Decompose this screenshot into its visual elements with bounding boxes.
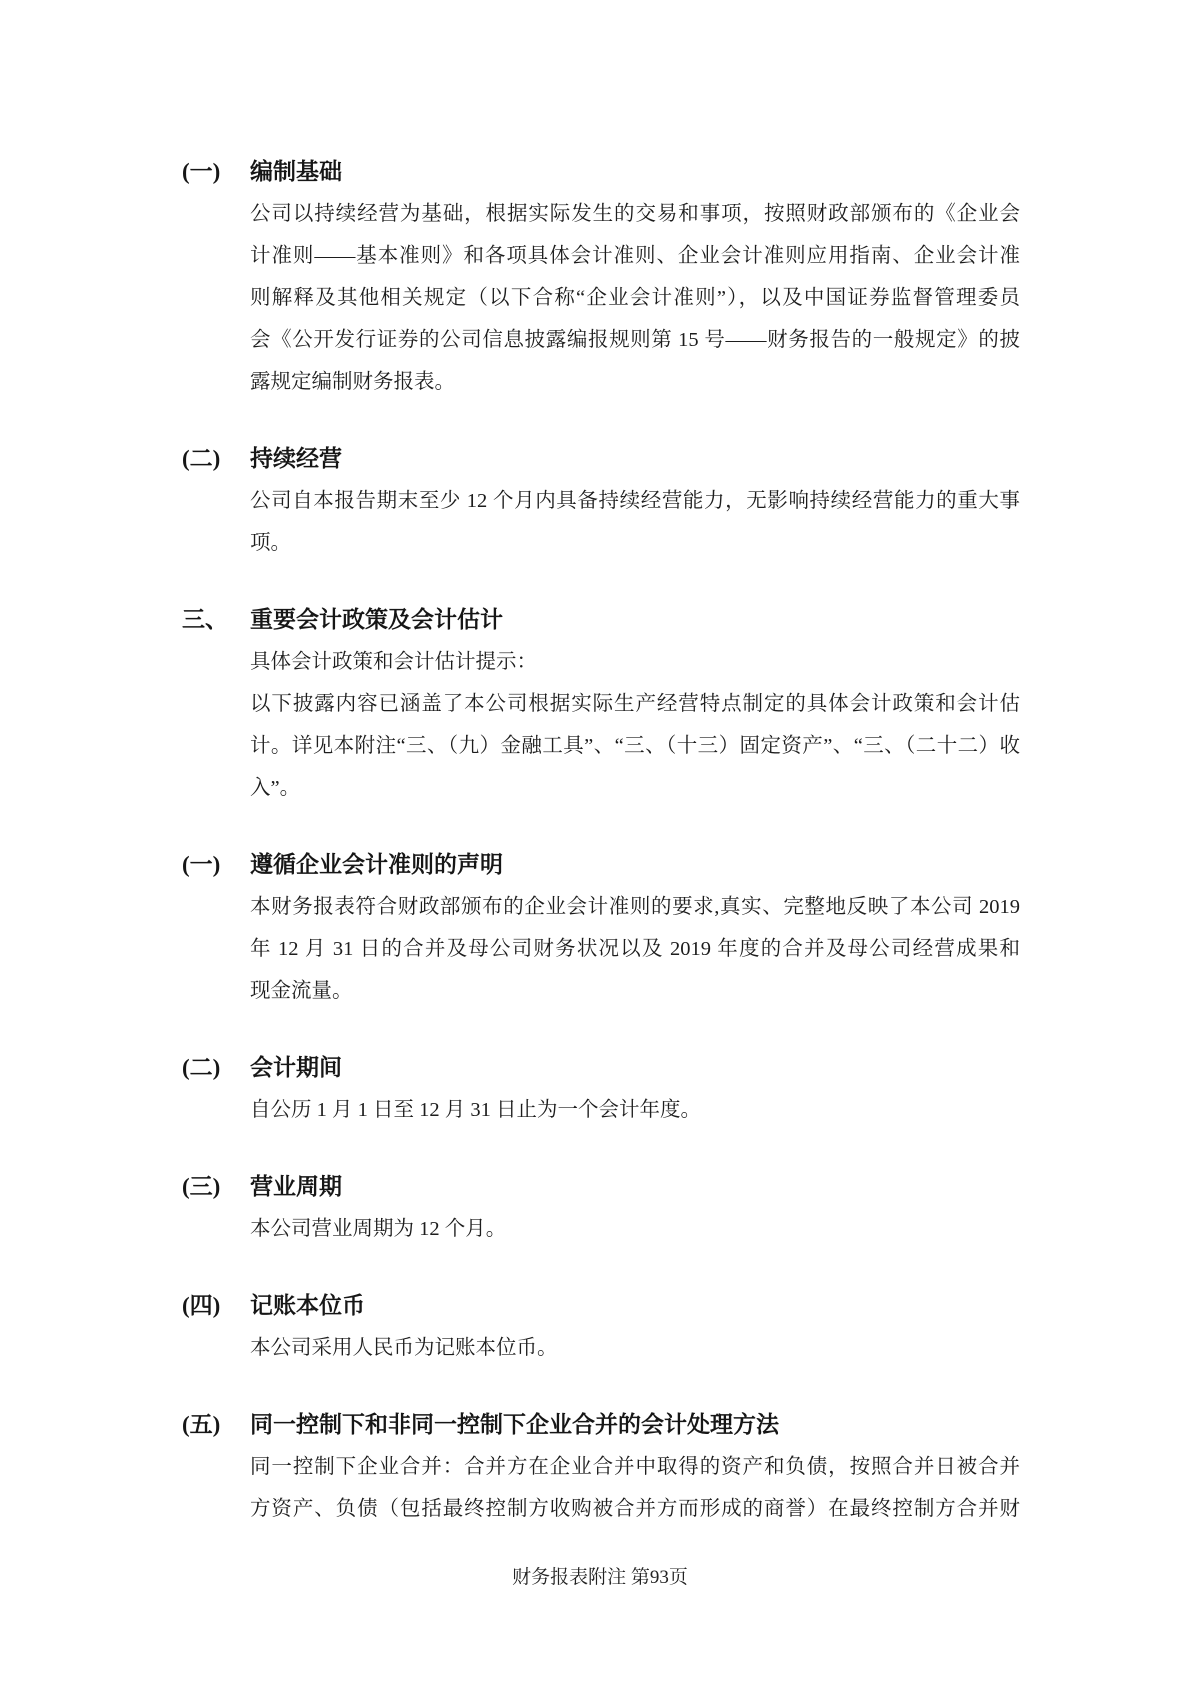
section-number: (一) [182,844,250,886]
paragraph-line: 同一控制下企业合并：合并方在企业合并中取得的资产和负债，按照合并日被合并 [250,1446,1020,1488]
section-content: 持续经营公司自本报告期末至少 12 个月内具备持续经营能力，无影响持续经营能力的… [250,438,1020,564]
paragraph-line: 计。详见本附注“三、（九）金融工具”、“三、（十三）固定资产”、“三、（二十二）… [250,725,1020,767]
paragraph-line: 本公司营业周期为 12 个月。 [250,1208,1020,1250]
paragraph-line: 入”。 [250,767,1020,809]
paragraph-line: 露规定编制财务报表。 [250,361,1020,403]
sections-container: (一)编制基础公司以持续经营为基础，根据实际发生的交易和事项，按照财政部颁布的《… [182,151,1020,1530]
paragraph-line: 方资产、负债（包括最终控制方收购被合并方而形成的商誉）在最终控制方合并财 [250,1488,1020,1530]
paragraph-line: 则解释及其他相关规定（以下合称“企业会计准则”），以及中国证券监督管理委员 [250,277,1020,319]
section-title: 营业周期 [250,1166,1020,1208]
paragraph-line: 项。 [250,522,1020,564]
section-title: 重要会计政策及会计估计 [250,599,1020,641]
section-number: (三) [182,1166,250,1208]
section-content: 重要会计政策及会计估计具体会计政策和会计估计提示：以下披露内容已涵盖了本公司根据… [250,599,1020,809]
paragraph-line: 计准则——基本准则》和各项具体会计准则、企业会计准则应用指南、企业会计准 [250,235,1020,277]
section-title: 遵循企业会计准则的声明 [250,844,1020,886]
section-title: 同一控制下和非同一控制下企业合并的会计处理方法 [250,1404,1020,1446]
section-number: (二) [182,1047,250,1089]
section-title: 记账本位币 [250,1285,1020,1327]
document-section: (三)营业周期本公司营业周期为 12 个月。 [182,1166,1020,1250]
section-title: 编制基础 [250,151,1020,193]
section-content: 编制基础公司以持续经营为基础，根据实际发生的交易和事项，按照财政部颁布的《企业会… [250,151,1020,403]
section-content: 同一控制下和非同一控制下企业合并的会计处理方法同一控制下企业合并：合并方在企业合… [250,1404,1020,1530]
section-title: 会计期间 [250,1047,1020,1089]
section-content: 会计期间自公历 1 月 1 日至 12 月 31 日止为一个会计年度。 [250,1047,1020,1131]
document-section: (五)同一控制下和非同一控制下企业合并的会计处理方法同一控制下企业合并：合并方在… [182,1404,1020,1530]
document-page: (一)编制基础公司以持续经营为基础，根据实际发生的交易和事项，按照财政部颁布的《… [0,0,1200,1696]
paragraph-line: 现金流量。 [250,970,1020,1012]
paragraph-line: 具体会计政策和会计估计提示： [250,641,1020,683]
section-number: (一) [182,151,250,193]
section-content: 记账本位币本公司采用人民币为记账本位币。 [250,1285,1020,1369]
page-footer: 财务报表附注 第93页 [0,1563,1200,1593]
section-number: 三、 [182,599,250,641]
paragraph-line: 年 12 月 31 日的合并及母公司财务状况以及 2019 年度的合并及母公司经… [250,928,1020,970]
paragraph-line: 会《公开发行证券的公司信息披露编报规则第 15 号——财务报告的一般规定》的披 [250,319,1020,361]
section-content: 营业周期本公司营业周期为 12 个月。 [250,1166,1020,1250]
document-section: (一)编制基础公司以持续经营为基础，根据实际发生的交易和事项，按照财政部颁布的《… [182,151,1020,403]
section-number: (二) [182,438,250,480]
document-section: (四)记账本位币本公司采用人民币为记账本位币。 [182,1285,1020,1369]
section-number: (四) [182,1285,250,1327]
section-number: (五) [182,1404,250,1446]
section-title: 持续经营 [250,438,1020,480]
document-section: (一)遵循企业会计准则的声明本财务报表符合财政部颁布的企业会计准则的要求,真实、… [182,844,1020,1012]
document-section: (二)持续经营公司自本报告期末至少 12 个月内具备持续经营能力，无影响持续经营… [182,438,1020,564]
paragraph-line: 公司自本报告期末至少 12 个月内具备持续经营能力，无影响持续经营能力的重大事 [250,480,1020,522]
section-content: 遵循企业会计准则的声明本财务报表符合财政部颁布的企业会计准则的要求,真实、完整地… [250,844,1020,1012]
paragraph-line: 以下披露内容已涵盖了本公司根据实际生产经营特点制定的具体会计政策和会计估 [250,683,1020,725]
paragraph-line: 自公历 1 月 1 日至 12 月 31 日止为一个会计年度。 [250,1089,1020,1131]
paragraph-line: 本财务报表符合财政部颁布的企业会计准则的要求,真实、完整地反映了本公司 2019 [250,886,1020,928]
paragraph-line: 本公司采用人民币为记账本位币。 [250,1327,1020,1369]
paragraph-line: 公司以持续经营为基础，根据实际发生的交易和事项，按照财政部颁布的《企业会 [250,193,1020,235]
document-section: (二)会计期间自公历 1 月 1 日至 12 月 31 日止为一个会计年度。 [182,1047,1020,1131]
document-section: 三、重要会计政策及会计估计具体会计政策和会计估计提示：以下披露内容已涵盖了本公司… [182,599,1020,809]
